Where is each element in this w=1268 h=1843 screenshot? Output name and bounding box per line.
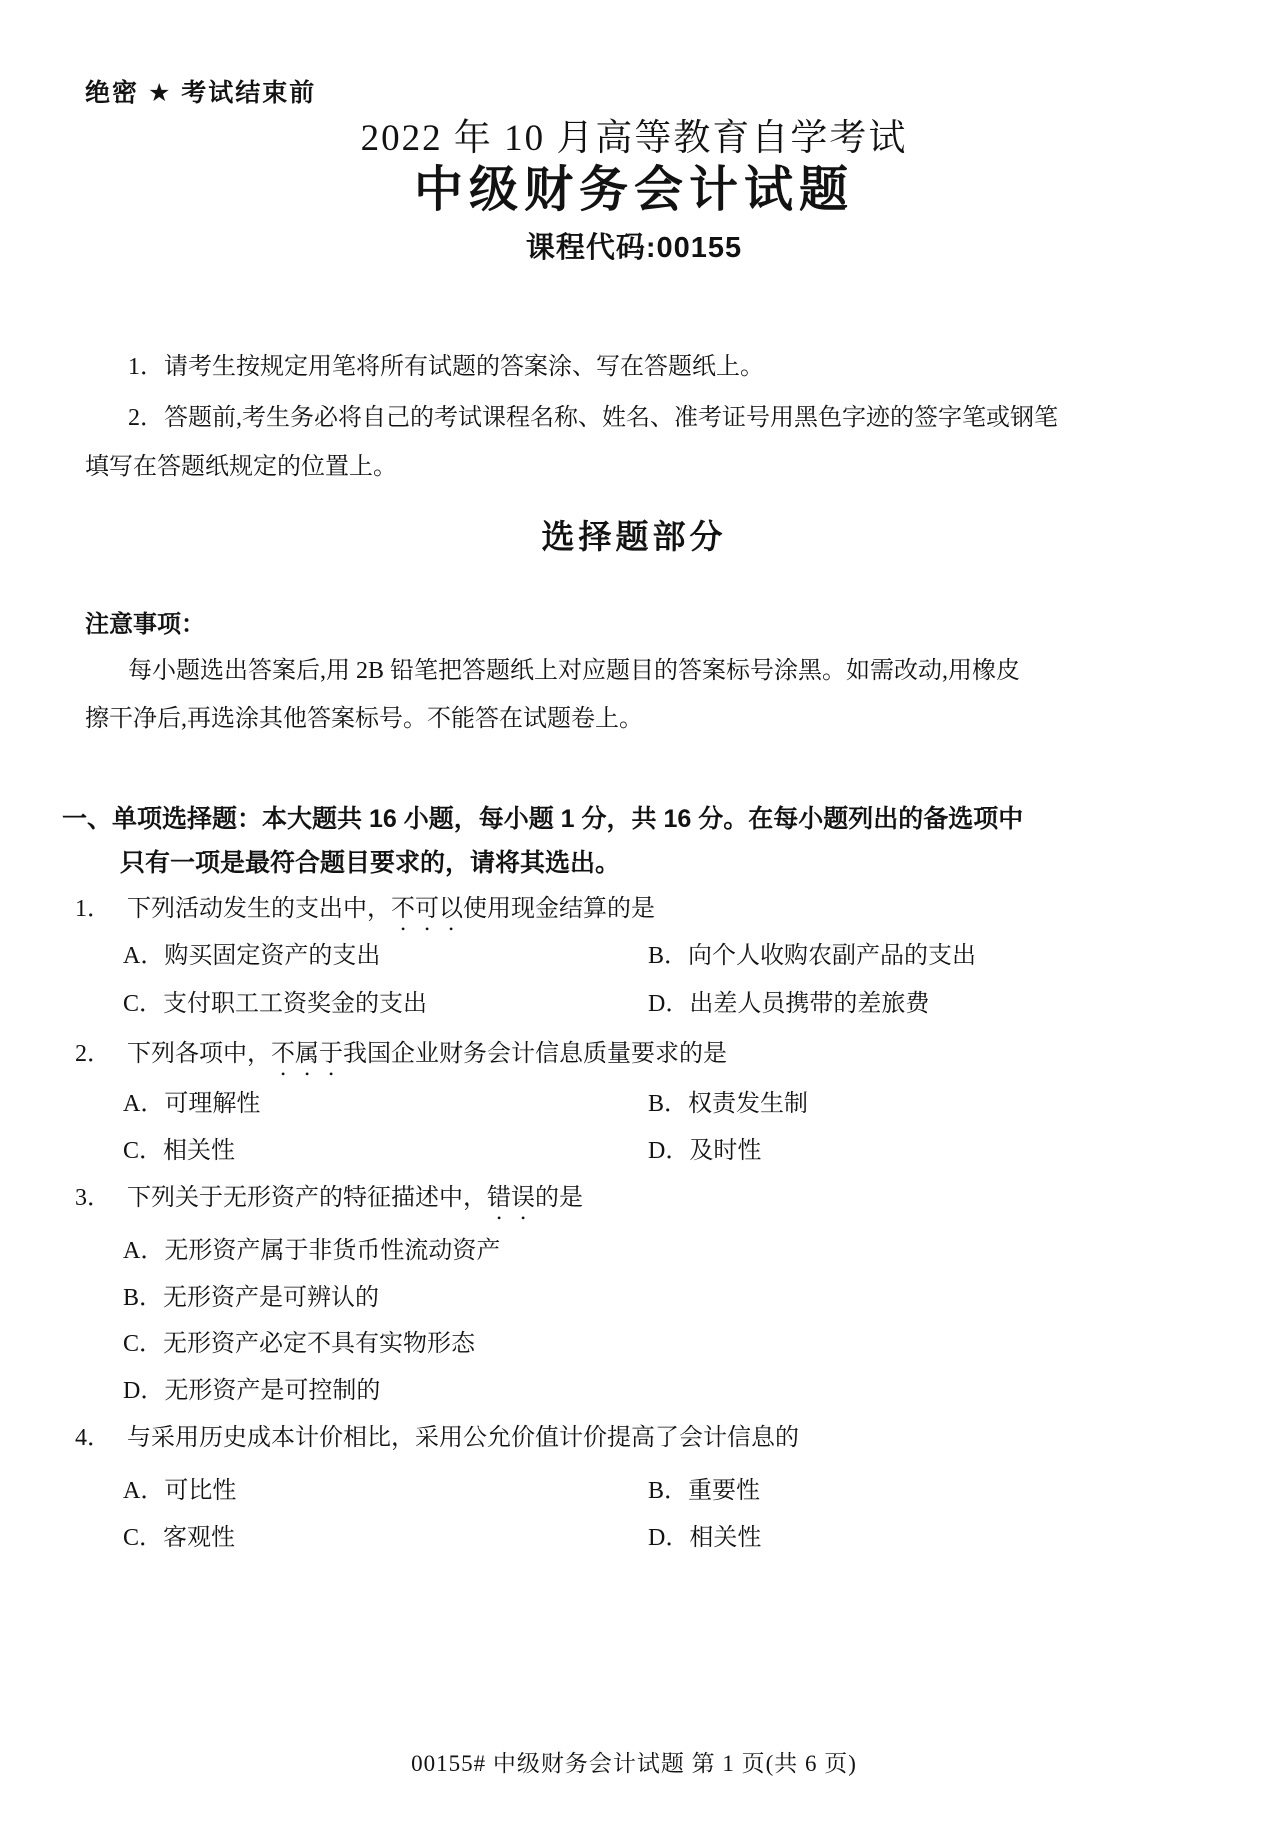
question-3-option-d: D．无形资产是可控制的: [123, 1376, 380, 1406]
choice-section-title: 选择题部分: [0, 516, 1268, 557]
question-number: 2．: [75, 1041, 111, 1067]
question-text: 与采用历史成本计价相比，采用公允价值计价提高了会计信息的: [127, 1425, 799, 1451]
exam-paper-page: 绝密 ★ 考试结束前 2022 年 10 月高等教育自学考试 中级财务会计试题 …: [0, 0, 1268, 1843]
classification-banner: 绝密 ★ 考试结束前: [85, 78, 316, 109]
question-4-option-a: A．可比性: [123, 1476, 236, 1506]
question-3-stem: 3．下列关于无形资产的特征描述中，错误的是: [75, 1183, 583, 1225]
question-text: 下列各项中，: [127, 1041, 271, 1067]
question-3-option-b: B．无形资产是可辨认的: [123, 1283, 379, 1313]
question-1-stem: 1．下列活动发生的支出中，不可以使用现金结算的是: [75, 894, 655, 936]
emphasized-text: 不可以: [391, 896, 463, 922]
page-footer: 00155# 中级财务会计试题 第 1 页(共 6 页): [0, 1750, 1268, 1779]
question-2-option-b: B．权责发生制: [648, 1089, 808, 1119]
notes-label: 注意事项：: [85, 610, 205, 640]
question-2-stem: 2．下列各项中，不属于我国企业财务会计信息质量要求的是: [75, 1039, 727, 1081]
question-2-option-a: A．可理解性: [123, 1089, 260, 1119]
question-number: 4．: [75, 1425, 111, 1451]
note-line2: 擦干净后,再选涂其他答案标号。不能答在试题卷上。: [85, 704, 643, 734]
exam-title: 中级财务会计试题: [0, 160, 1268, 221]
question-4-option-b: B．重要性: [648, 1476, 760, 1506]
exam-session-title: 2022 年 10 月高等教育自学考试: [0, 116, 1268, 162]
question-number: 3．: [75, 1185, 111, 1211]
question-2-option-d: D．及时性: [648, 1136, 761, 1166]
instruction-2-line1: 2．答题前,考生务必将自己的考试课程名称、姓名、准考证号用黑色字迹的签字笔或钢笔: [128, 403, 1058, 433]
question-1-option-b: B．向个人收购农副产品的支出: [648, 941, 976, 971]
question-4-stem: 4．与采用历史成本计价相比，采用公允价值计价提高了会计信息的: [75, 1423, 799, 1465]
question-2-option-c: C．相关性: [123, 1136, 235, 1166]
instruction-2-line2: 填写在答题纸规定的位置上。: [85, 452, 397, 482]
question-3-option-a: A．无形资产属于非货币性流动资产: [123, 1236, 500, 1266]
question-text: 的是: [535, 1185, 583, 1211]
note-line1: 每小题选出答案后,用 2B 铅笔把答题纸上对应题目的答案标号涂黑。如需改动,用橡…: [128, 656, 1020, 686]
part1-heading-line1: 一、单项选择题：本大题共 16 小题，每小题 1 分，共 16 分。在每小题列出…: [62, 804, 1023, 835]
question-text: 我国企业财务会计信息质量要求的是: [343, 1041, 727, 1067]
question-text: 下列活动发生的支出中，: [127, 896, 391, 922]
question-1-option-d: D．出差人员携带的差旅费: [648, 989, 929, 1019]
course-code: 课程代码:00155: [0, 230, 1268, 266]
instruction-1: 1．请考生按规定用笔将所有试题的答案涂、写在答题纸上。: [128, 352, 764, 382]
part1-heading-line2: 只有一项是最符合题目要求的，请将其选出。: [120, 848, 620, 879]
question-text: 下列关于无形资产的特征描述中，: [127, 1185, 487, 1211]
question-4-option-c: C．客观性: [123, 1523, 235, 1553]
question-4-option-d: D．相关性: [648, 1523, 761, 1553]
question-number: 1．: [75, 896, 111, 922]
question-3-option-c: C．无形资产必定不具有实物形态: [123, 1329, 475, 1359]
question-1-option-c: C．支付职工工资奖金的支出: [123, 989, 427, 1019]
question-text: 使用现金结算的是: [463, 896, 655, 922]
emphasized-text: 不属于: [271, 1041, 343, 1067]
question-1-option-a: A．购买固定资产的支出: [123, 941, 380, 971]
emphasized-text: 错误: [487, 1185, 535, 1211]
